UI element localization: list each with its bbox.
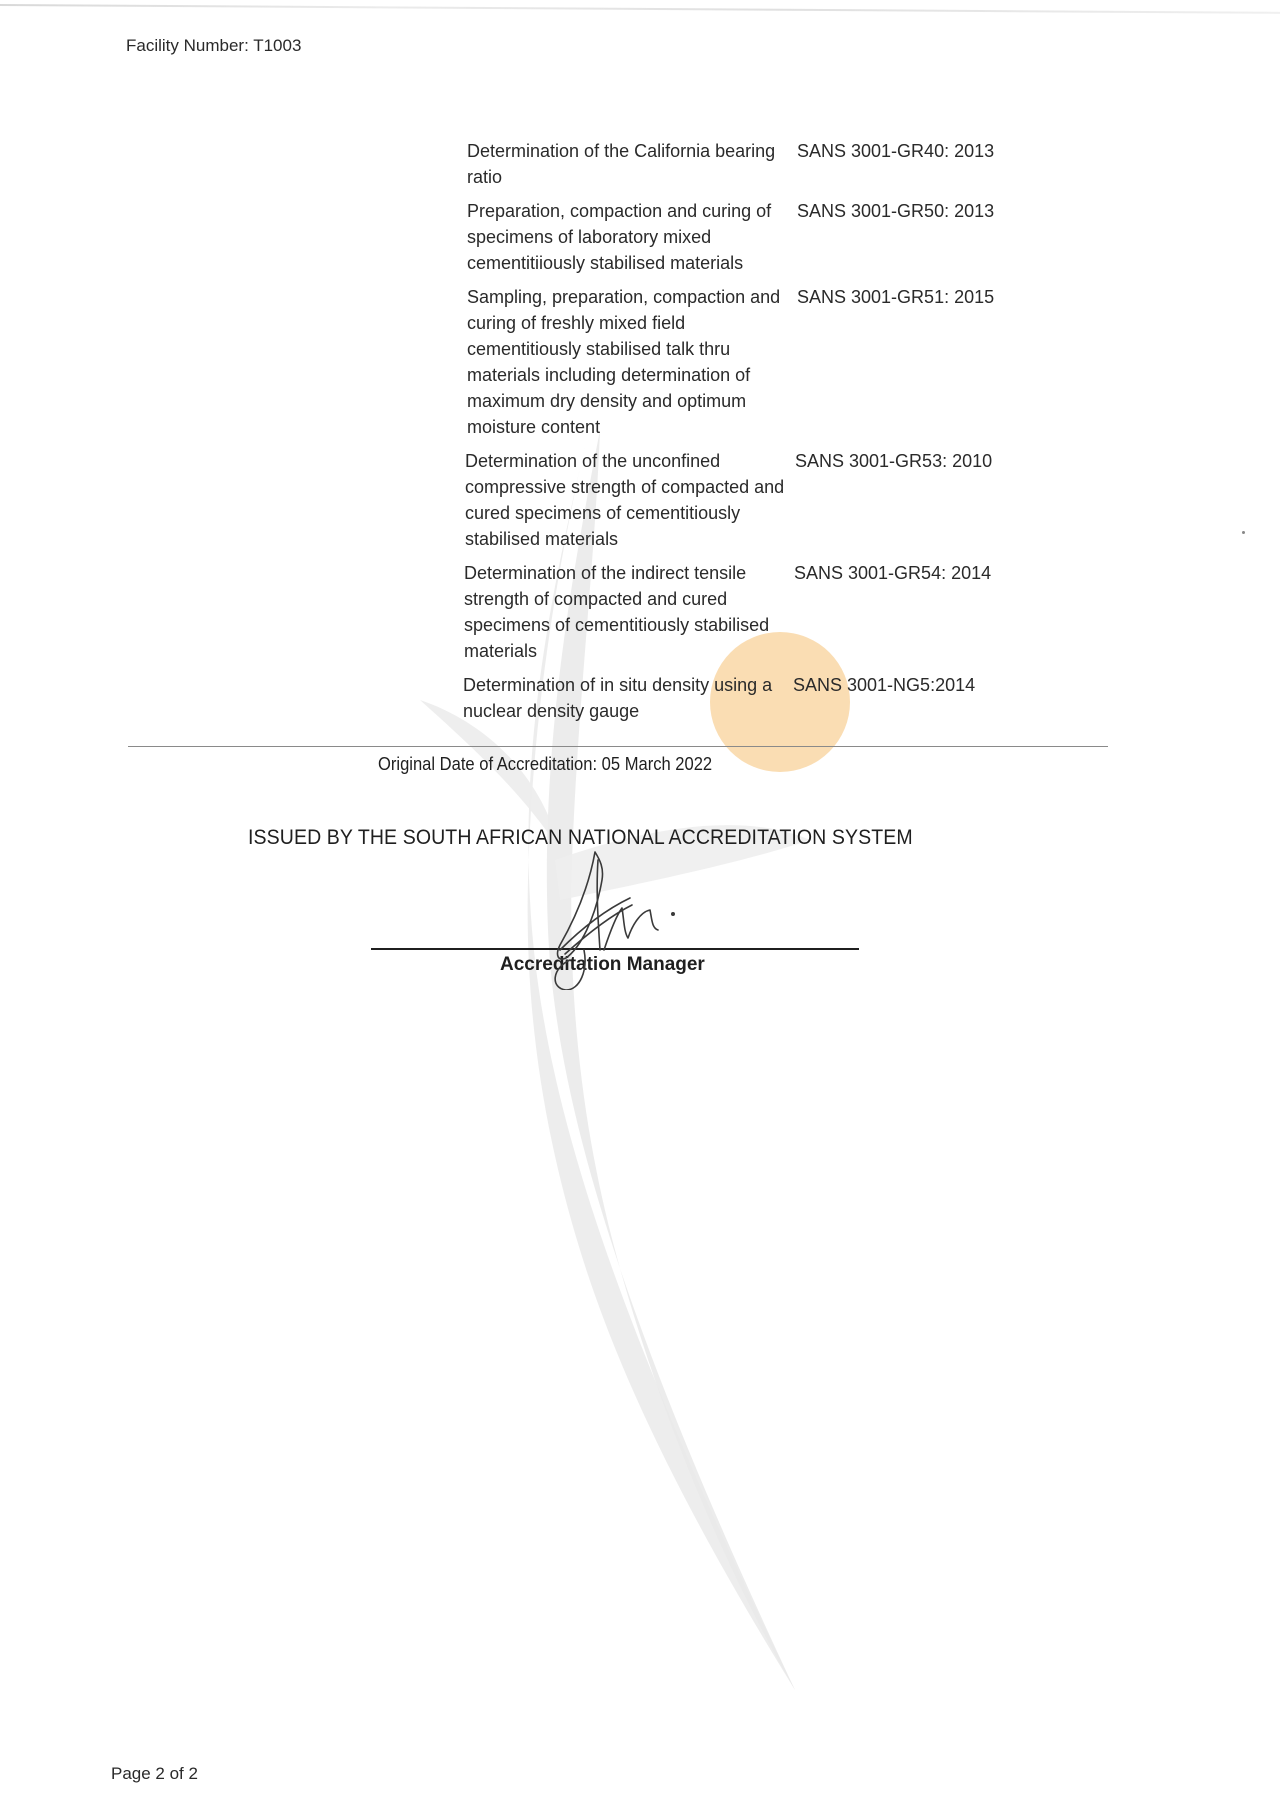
section-divider [128,746,1108,747]
page-number: Page 2 of 2 [111,1764,198,1784]
scope-row: Determination of the California bearing … [467,138,1023,190]
scope-description: Sampling, preparation, compaction and cu… [467,284,797,440]
scope-row: Preparation, compaction and curing of sp… [467,198,1023,276]
scope-description: Preparation, compaction and curing of sp… [467,198,797,276]
signature-mark [540,850,700,990]
issued-by-statement: ISSUED BY THE SOUTH AFRICAN NATIONAL ACC… [248,826,913,850]
scope-standard: SANS 3001-GR50: 2013 [797,198,994,224]
scope-row: Determination of the unconfined compress… [465,448,1023,552]
scope-description: Determination of the indirect tensile st… [464,560,794,664]
scope-description: Determination of in situ density using a… [463,672,793,724]
facility-number: Facility Number: T1003 [126,36,301,56]
scope-table: Determination of the California bearing … [463,138,1023,724]
scan-edge-line [0,4,1280,14]
scope-standard: SANS 3001-GR40: 2013 [797,138,994,164]
scope-row: Determination of in situ density using a… [463,672,1023,724]
scope-standard: SANS 3001-NG5:2014 [793,672,975,698]
scope-standard: SANS 3001-GR53: 2010 [795,448,992,474]
original-accreditation-date: Original Date of Accreditation: 05 March… [378,754,746,775]
scope-description: Determination of the unconfined compress… [465,448,795,552]
scope-standard: SANS 3001-GR51: 2015 [797,284,994,310]
scope-standard: SANS 3001-GR54: 2014 [794,560,991,586]
scan-speck [1242,531,1245,534]
scope-row: Sampling, preparation, compaction and cu… [467,284,1023,440]
scope-row: Determination of the indirect tensile st… [464,560,1023,664]
scope-description: Determination of the California bearing … [467,138,797,190]
